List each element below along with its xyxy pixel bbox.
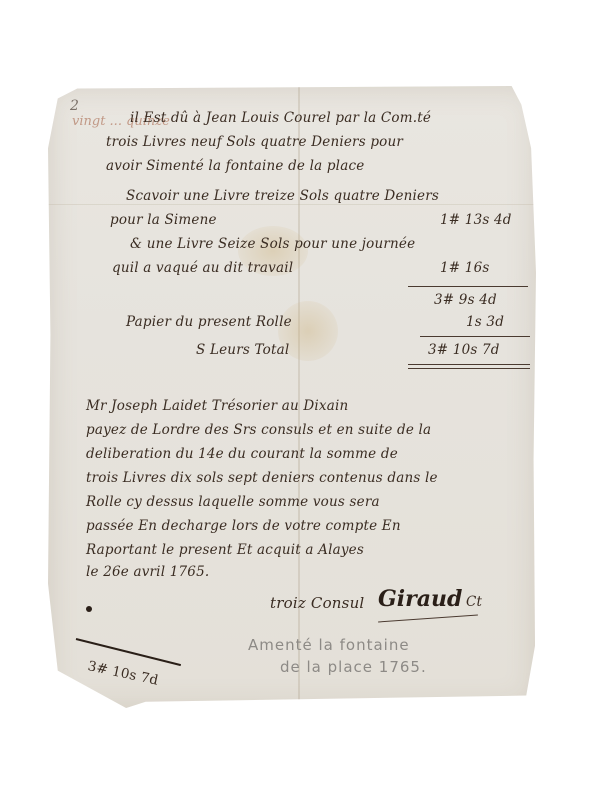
item-1-line-2: pour la Simene	[110, 212, 217, 228]
signature-suffix: Ct	[466, 594, 482, 610]
item-2-line-2: quil a vaqué au dit travail	[112, 260, 293, 276]
signature: Giraud	[378, 586, 462, 612]
paper-cost-amount: 1s 3d	[466, 314, 504, 330]
ink-blot	[86, 606, 92, 612]
order-line-3: deliberation du 14e du courant la somme …	[86, 446, 398, 462]
order-line-6: passée En decharge lors de votre compte …	[86, 518, 401, 534]
order-line-2: payez de Lordre des Srs consuls et en su…	[86, 422, 431, 438]
subtotal: 3# 9s 4d	[434, 292, 497, 308]
item-1-amount: 1# 13s 4d	[440, 212, 512, 228]
total-double-rule	[408, 368, 530, 369]
total-label: S Leurs Total	[196, 342, 289, 358]
order-line-8: le 26e avril 1765.	[86, 564, 209, 580]
order-line-5: Rolle cy dessus laquelle somme vous sera	[86, 494, 380, 510]
order-line-1: Mr Joseph Laidet Trésorier au Dixain	[86, 398, 348, 414]
order-line-7: Raportant le present Et acquit a Alayes	[86, 542, 364, 558]
signature-flourish	[378, 615, 478, 623]
order-line-4: trois Livres dix sols sept deniers conte…	[86, 470, 438, 486]
intro-line-1: il Est dû à Jean Louis Courel par la Com…	[130, 110, 431, 126]
item-2-line-1: & une Livre Seize Sols pour une journée	[130, 236, 415, 252]
intro-line-3: avoir Simenté la fontaine de la place	[106, 158, 364, 174]
bottom-left-sum: 3# 10s 7d	[86, 658, 159, 689]
sum-rule	[408, 286, 528, 287]
intro-line-2: trois Livres neuf Sols quatre Deniers po…	[106, 134, 403, 150]
item-2-amount: 1# 16s	[440, 260, 490, 276]
fold-crease-vertical	[298, 86, 300, 708]
pencil-annotation-line-2: de la place 1765.	[280, 658, 427, 676]
page-number: 2	[70, 98, 79, 114]
total-rule	[420, 336, 530, 337]
signatory-title: troiz Consul	[270, 594, 364, 612]
total-double-rule	[408, 364, 530, 365]
paper-cost-label: Papier du present Rolle	[126, 314, 292, 330]
item-1-line-1: Scavoir une Livre treize Sols quatre Den…	[126, 188, 439, 204]
fold-crease-horizontal	[48, 204, 536, 205]
manuscript-page: 2 vingt ... quinze il Est dû à Jean Loui…	[48, 86, 536, 708]
total-amount: 3# 10s 7d	[428, 342, 500, 358]
pencil-annotation-line-1: Amenté la fontaine	[248, 636, 410, 654]
